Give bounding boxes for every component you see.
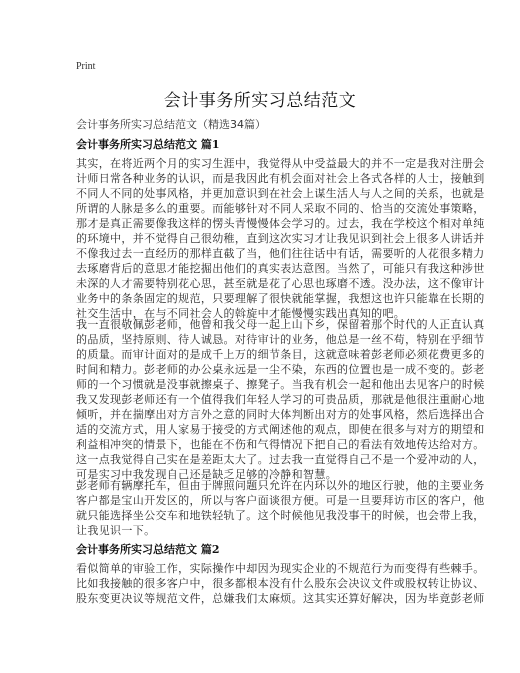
text-line: 那才是真正需要像我这样的愣头青慢慢体会学习的。过去，我在学校这个相对单纯 — [76, 216, 448, 231]
text-line: 看似简单的审验工作，实际操作中却因为现实企业的不规范行为而变得有些棘手。 — [76, 561, 448, 576]
text-line: 其实，在将近两个月的实习生涯中，我觉得从中受益最大的并不一定是我对注册会 — [76, 156, 448, 171]
text-line: 业务中的条条固定的规范，只要理解了很快就能掌握，我想这也许只能靠在长期的 — [76, 291, 448, 306]
text-line: 我又发现彭老师还有一个值得我们年轻人学习的可贵品质，那就是他很注重耐心地 — [76, 392, 448, 407]
text-line: 不像我过去一直经历的那样直截了当，他们往往话中有话，需要听的人花很多精力 — [76, 246, 448, 261]
text-line: 师的一个习惯就是没事就擦桌子、擦凳子。当我有机会一起和他出去见客户的时候 — [76, 377, 448, 392]
paragraph-1-2: 我一直很敬佩彭老师，他曾和我父母一起上山下乡，保留着那个时代的人正直认真 的品质… — [76, 317, 448, 482]
paragraph-2-1: 看似简单的审验工作，实际操作中却因为现实企业的不规范行为而变得有些棘手。 比如我… — [76, 561, 448, 606]
text-line: 股东变更决议等规范文件，总嫌我们太麻烦。这其实还算好解决，因为毕竟彭老师 — [76, 591, 448, 606]
text-line: 客户都是宝山开发区的，所以与客户面谈很方便。可是一旦要拜访市区的客户，他 — [76, 493, 448, 508]
text-line: 就只能选择坐公交车和地铁轻轨了。这个时候他见我没事干的时候，也会带上我， — [76, 508, 448, 523]
paragraph-1-3: 彭老师有辆摩托车，但由于牌照问题只允许在内环以外的地区行驶，他的主要业务 客户都… — [76, 478, 448, 538]
text-line: 时间和精力。彭老师的办公桌永远是一尘不染，东西的位置也是一成不变的。彭老 — [76, 362, 448, 377]
print-label: Print — [76, 61, 95, 72]
paragraph-1-1: 其实，在将近两个月的实习生涯中，我觉得从中受益最大的并不一定是我对注册会 计师日… — [76, 156, 448, 321]
section-heading-1: 会计事务所实习总结范文 篇1 — [76, 136, 219, 152]
text-line: 不同人不同的处事风格，并更加意识到在社会上谋生活人与人之间的关系，也就是 — [76, 186, 448, 201]
text-line: 的环境中，并不觉得自己很幼稚，直到这次实习才让我见识到社会上很多人讲话并 — [76, 231, 448, 246]
text-line: 的质量。而审计面对的是成千上万的细节条目，这就意味着彭老师必须花费更多的 — [76, 347, 448, 362]
text-line: 让我见识一下。 — [76, 523, 448, 538]
text-line: 的品质，坚持原则、待人诚恳。对待审计的业务，他总是一丝不苟，特别在乎细节 — [76, 332, 448, 347]
text-line: 所谓的人脉是多么的重要。而能够针对不同人采取不同的、恰当的交流处事策略， — [76, 201, 448, 216]
section-heading-2: 会计事务所实习总结范文 篇2 — [76, 541, 219, 557]
document-subtitle: 会计事务所实习总结范文（精选34篇） — [76, 116, 266, 132]
text-line: 去琢磨背后的意思才能挖掘出他们的真实表达意图。当然了，可能只有我这种涉世 — [76, 261, 448, 276]
text-line: 这一点我觉得自己实在是差距太大了。过去我一直觉得自己不是一个爱冲动的人， — [76, 452, 448, 467]
text-line: 倾听，并在揣摩出对方言外之意的同时大体判断出对方的处事风格，然后选择出合 — [76, 407, 448, 422]
text-line: 未深的人才需要特别花心思，甚至就是花了心思也琢磨不透。没办法，这不像审计 — [76, 276, 448, 291]
text-line: 适的交流方式，用人家易于接受的方式阐述他的观点，即使在很多与对方的期望和 — [76, 422, 448, 437]
text-line: 彭老师有辆摩托车，但由于牌照问题只允许在内环以外的地区行驶，他的主要业务 — [76, 478, 448, 493]
text-line: 我一直很敬佩彭老师，他曾和我父母一起上山下乡，保留着那个时代的人正直认真 — [76, 317, 448, 332]
text-line: 比如我接触的很多客户中，很多都根本没有什么股东会决议文件或股权转让协议、 — [76, 576, 448, 591]
document-title: 会计事务所实习总结范文 — [0, 86, 520, 111]
text-line: 利益相冲突的情景下，也能在不伤和气得情况下把自己的看法有效地传达给对方。 — [76, 437, 448, 452]
document-page: Print 会计事务所实习总结范文 会计事务所实习总结范文（精选34篇） 会计事… — [0, 0, 520, 673]
text-line: 计师日常各种业务的认识，而是我因此有机会面对社会上各式各样的人士，接触到 — [76, 171, 448, 186]
